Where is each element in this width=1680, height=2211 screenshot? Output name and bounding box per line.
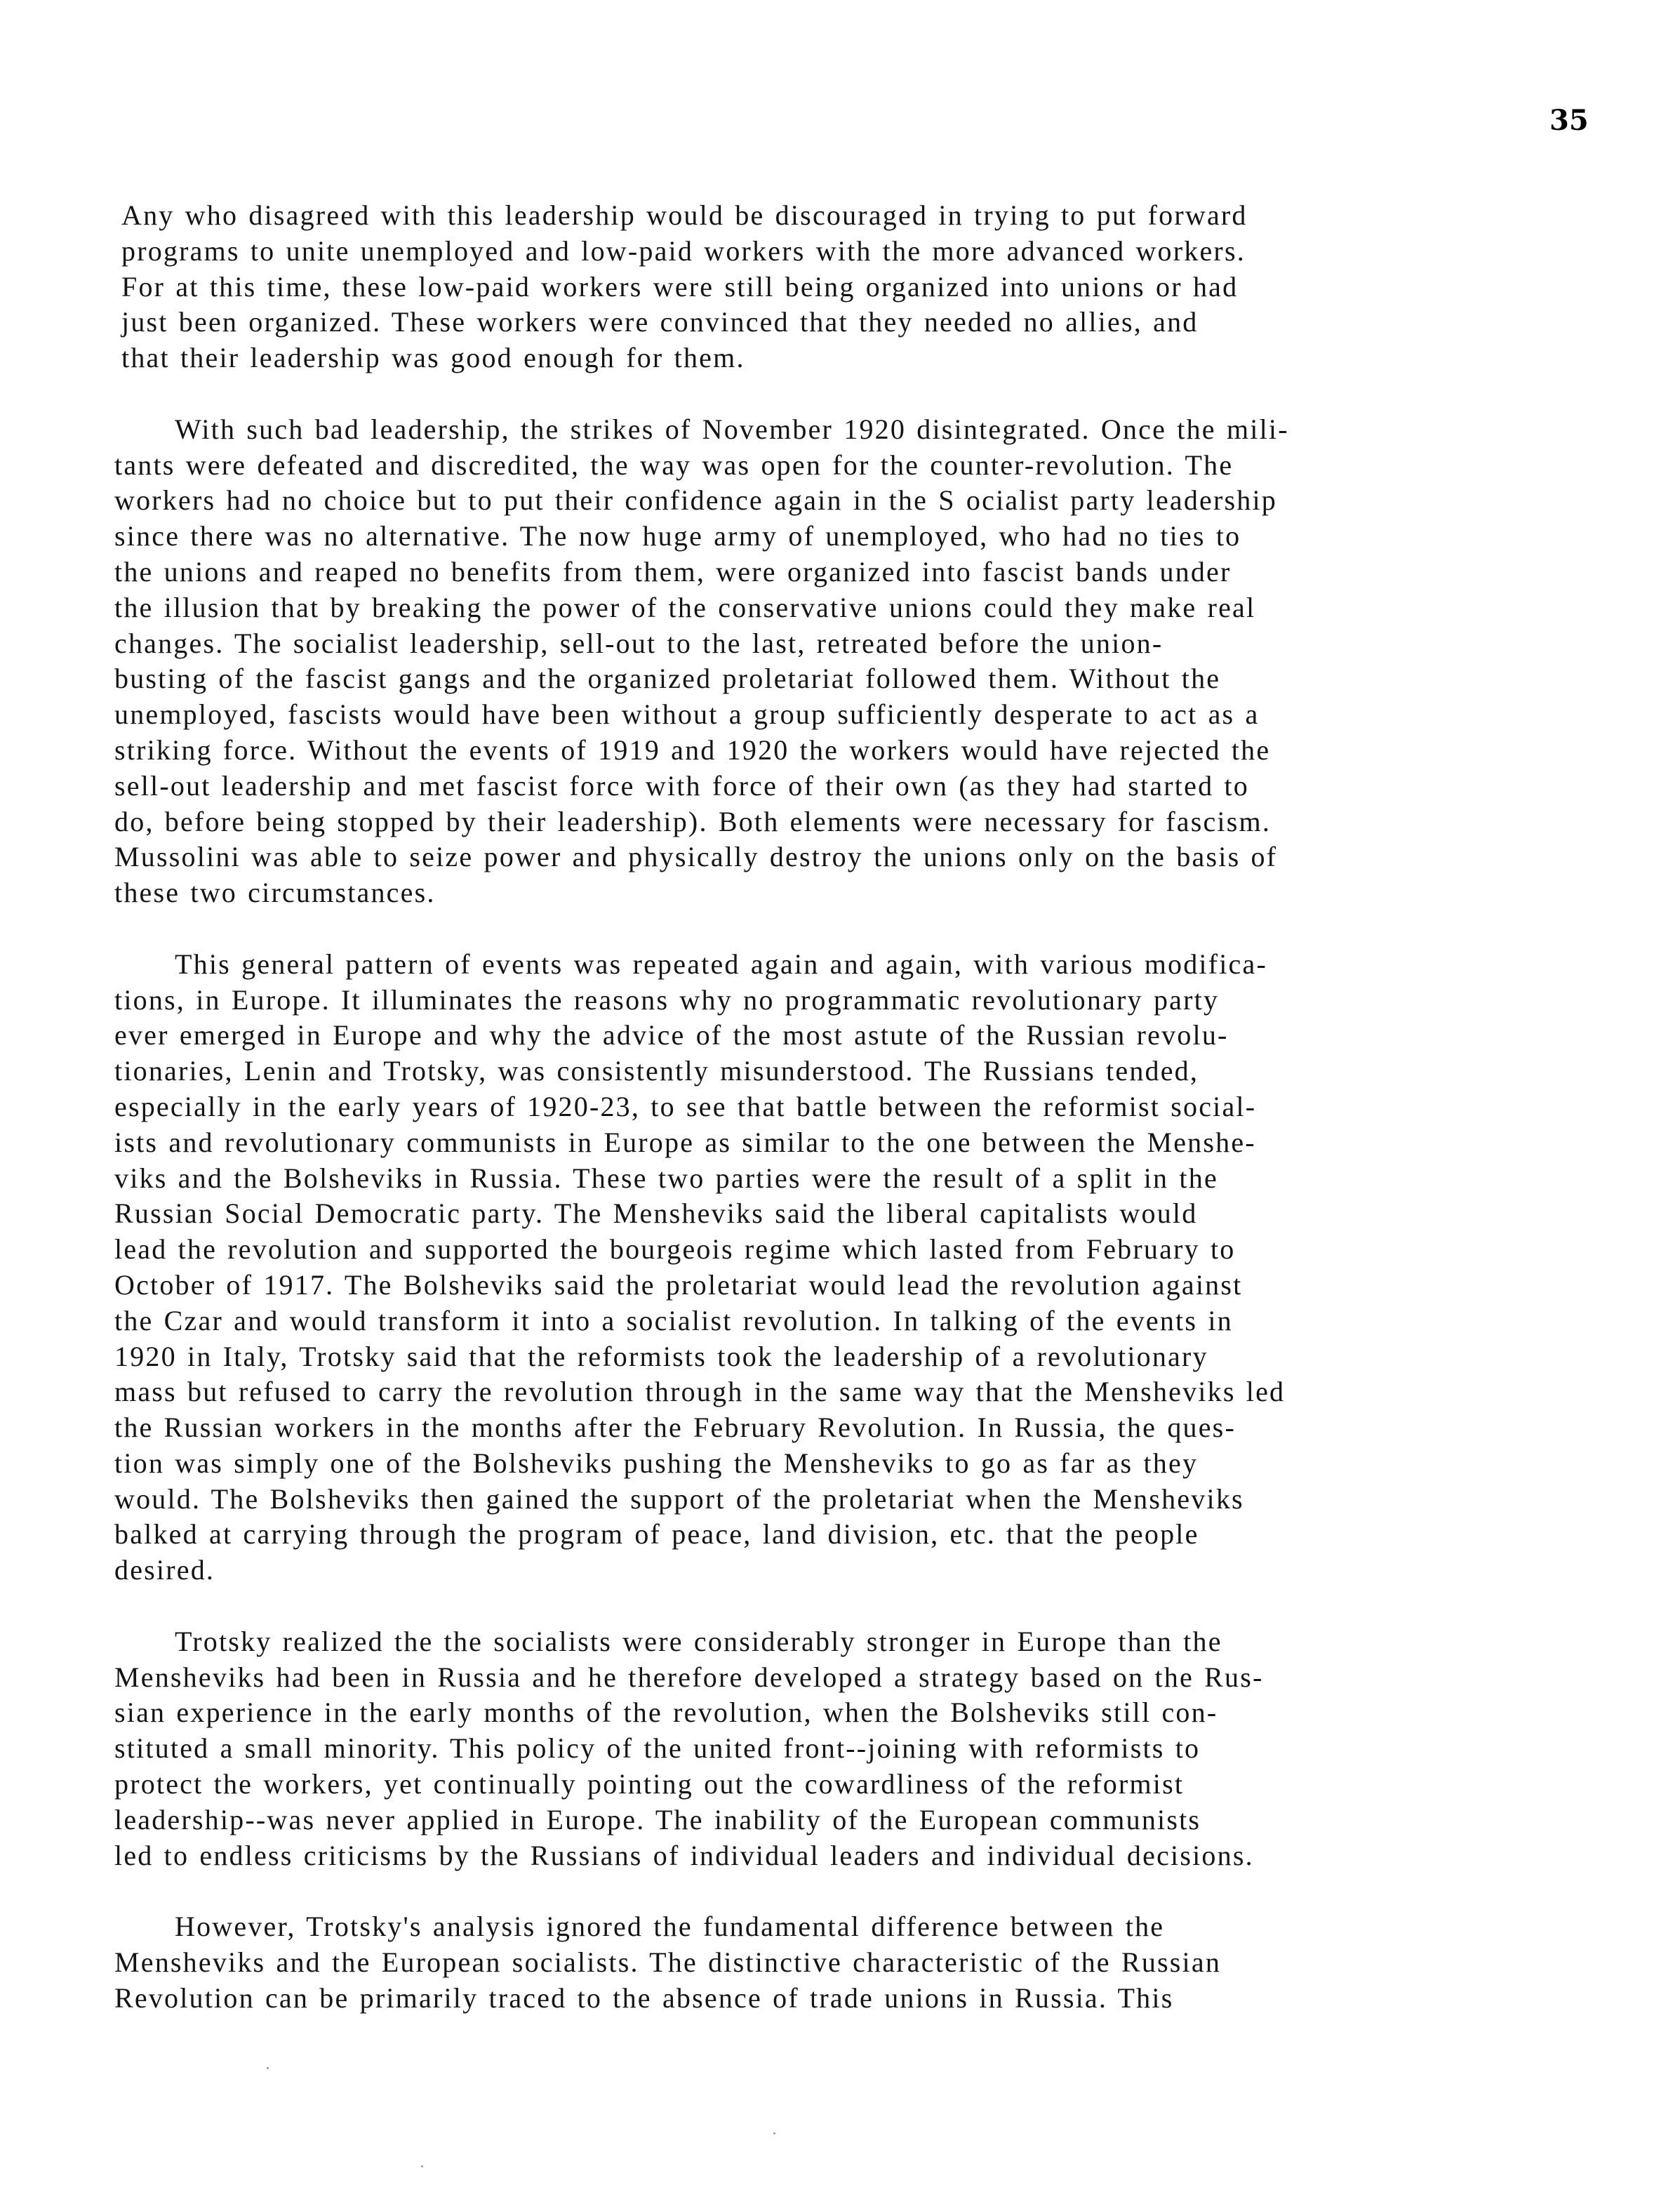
- text-line: Mensheviks and the European socialists. …: [114, 1945, 1525, 1981]
- text-line: tants were defeated and discredited, the…: [114, 448, 1525, 484]
- paragraph-3: This general pattern of events was repea…: [114, 947, 1525, 1588]
- text-line: especially in the early years of 1920-23…: [114, 1089, 1525, 1125]
- text-line: Mussolini was able to seize power and ph…: [114, 839, 1525, 875]
- text-line: With such bad leadership, the strikes of…: [114, 412, 1525, 448]
- text-line: 1920 in Italy, Trotsky said that the ref…: [114, 1339, 1525, 1375]
- text-line: the unions and reaped no benefits from t…: [114, 555, 1525, 590]
- body-text: Any who disagreed with this leadership w…: [114, 198, 1525, 2052]
- text-line: tionaries, Lenin and Trotsky, was consis…: [114, 1054, 1525, 1089]
- scan-speck: [267, 2067, 269, 2069]
- text-line: leadership--was never applied in Europe.…: [114, 1802, 1525, 1838]
- text-line: just been organized. These workers were …: [114, 305, 1525, 340]
- text-line: October of 1917. The Bolsheviks said the…: [114, 1268, 1525, 1303]
- text-line: tion was simply one of the Bolsheviks pu…: [114, 1446, 1525, 1482]
- text-line: Trotsky realized the the socialists were…: [114, 1624, 1525, 1660]
- text-line: mass but refused to carry the revolution…: [114, 1374, 1525, 1410]
- paragraph-4: Trotsky realized the the socialists were…: [114, 1624, 1525, 1874]
- text-line: viks and the Bolsheviks in Russia. These…: [114, 1161, 1525, 1197]
- text-line: Mensheviks had been in Russia and he the…: [114, 1660, 1525, 1696]
- text-line: stituted a small minority. This policy o…: [114, 1731, 1525, 1767]
- text-line: protect the workers, yet continually poi…: [114, 1767, 1525, 1802]
- text-line: lead the revolution and supported the bo…: [114, 1232, 1525, 1268]
- text-line: changes. The socialist leadership, sell-…: [114, 626, 1525, 662]
- text-line: workers had no choice but to put their c…: [114, 483, 1525, 519]
- text-line: do, before being stopped by their leader…: [114, 804, 1525, 840]
- text-line: desired.: [114, 1553, 1525, 1588]
- text-line: ists and revolutionary communists in Eur…: [114, 1125, 1525, 1161]
- text-line: For at this time, these low-paid workers…: [114, 270, 1525, 305]
- text-line: Revolution can be primarily traced to th…: [114, 1981, 1525, 2017]
- text-line: ever emerged in Europe and why the advic…: [114, 1018, 1525, 1054]
- scan-speck: [421, 2165, 423, 2167]
- text-line: Russian Social Democratic party. The Men…: [114, 1196, 1525, 1232]
- paragraph-1: Any who disagreed with this leadership w…: [114, 198, 1525, 376]
- scan-speck: [773, 2132, 775, 2134]
- text-line: This general pattern of events was repea…: [114, 947, 1525, 983]
- text-line: tions, in Europe. It illuminates the rea…: [114, 983, 1525, 1018]
- text-line: balked at carrying through the program o…: [114, 1517, 1525, 1553]
- text-line: programs to unite unemployed and low-pai…: [114, 234, 1525, 270]
- paragraph-2: With such bad leadership, the strikes of…: [114, 412, 1525, 911]
- text-line: sell-out leadership and met fascist forc…: [114, 769, 1525, 804]
- page-number: 35: [1549, 104, 1589, 137]
- text-line: since there was no alternative. The now …: [114, 519, 1525, 555]
- text-line: that their leadership was good enough fo…: [114, 340, 1525, 376]
- text-line: busting of the fascist gangs and the org…: [114, 661, 1525, 697]
- text-line: the Russian workers in the months after …: [114, 1410, 1525, 1446]
- text-line: However, Trotsky's analysis ignored the …: [114, 1909, 1525, 1945]
- text-line: would. The Bolsheviks then gained the su…: [114, 1482, 1525, 1518]
- paragraph-5: However, Trotsky's analysis ignored the …: [114, 1909, 1525, 2016]
- text-line: these two circumstances.: [114, 875, 1525, 911]
- text-line: striking force. Without the events of 19…: [114, 733, 1525, 769]
- text-line: led to endless criticisms by the Russian…: [114, 1838, 1525, 1874]
- text-line: sian experience in the early months of t…: [114, 1695, 1525, 1731]
- text-line: Any who disagreed with this leadership w…: [114, 198, 1525, 234]
- text-line: the Czar and would transform it into a s…: [114, 1303, 1525, 1339]
- text-line: unemployed, fascists would have been wit…: [114, 697, 1525, 733]
- text-line: the illusion that by breaking the power …: [114, 590, 1525, 626]
